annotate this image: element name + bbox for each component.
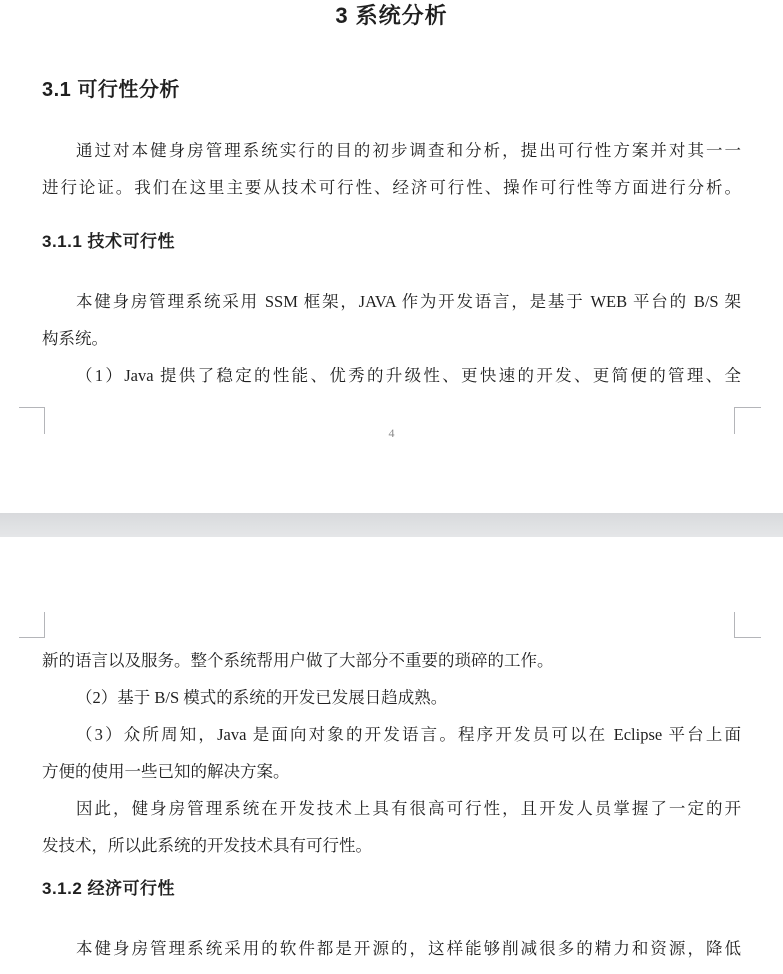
item3-line-2: 方便的使用一些已知的解决方案。 [42, 759, 290, 785]
subsection-heading-3-1-1: 3.1.1 技术可行性 [42, 229, 175, 255]
tech-line-1: 本健身房管理系统采用 SSM 框架，JAVA 作为开发语言，是基于 WEB 平台… [76, 289, 741, 315]
item1-continuation-line: 新的语言以及服务。整个系统帮用户做了大部分不重要的琐碎的工作。 [42, 648, 554, 674]
page-margin-mark-top-left [19, 612, 45, 638]
conclusion-line-2: 发技术，所以此系统的开发技术具有可行性。 [42, 833, 372, 859]
page-2[interactable]: 新的语言以及服务。整个系统帮用户做了大部分不重要的琐碎的工作。 （2）基于 B/… [0, 537, 783, 974]
econ-line-1: 本健身房管理系统采用的软件都是开源的，这样能够削减很多的精力和资源，降低 [76, 936, 741, 962]
intro-line-2: 进行论证。我们在这里主要从技术可行性、经济可行性、操作可行性等方面进行分析。 [42, 175, 741, 201]
page-1[interactable]: 3 系统分析 3.1 可行性分析 通过对本健身房管理系统实行的目的初步调查和分析… [0, 0, 783, 513]
intro-line-1: 通过对本健身房管理系统实行的目的初步调查和分析，提出可行性方案并对其一一 [76, 138, 741, 164]
item3-line-1: （3）众所周知，Java 是面向对象的开发语言。程序开发员可以在 Eclipse… [76, 722, 741, 748]
conclusion-line-1: 因此，健身房管理系统在开发技术上具有很高可行性，且开发人员掌握了一定的开 [76, 796, 741, 822]
section-heading-3-1: 3.1 可行性分析 [42, 76, 180, 104]
item2-line: （2）基于 B/S 模式的系统的开发已发展日趋成熟。 [76, 685, 447, 711]
chapter-title: 3 系统分析 [0, 0, 783, 32]
page-margin-mark-top-right [734, 612, 761, 638]
document-view: 3 系统分析 3.1 可行性分析 通过对本健身房管理系统实行的目的初步调查和分析… [0, 0, 783, 974]
page-number: 4 [0, 424, 783, 442]
item1-line: （1）Java 提供了稳定的性能、优秀的升级性、更快速的开发、更简便的管理、全 [76, 363, 741, 389]
page-separator [0, 513, 783, 537]
tech-line-2: 构系统。 [42, 326, 108, 352]
subsection-heading-3-1-2: 3.1.2 经济可行性 [42, 876, 175, 902]
